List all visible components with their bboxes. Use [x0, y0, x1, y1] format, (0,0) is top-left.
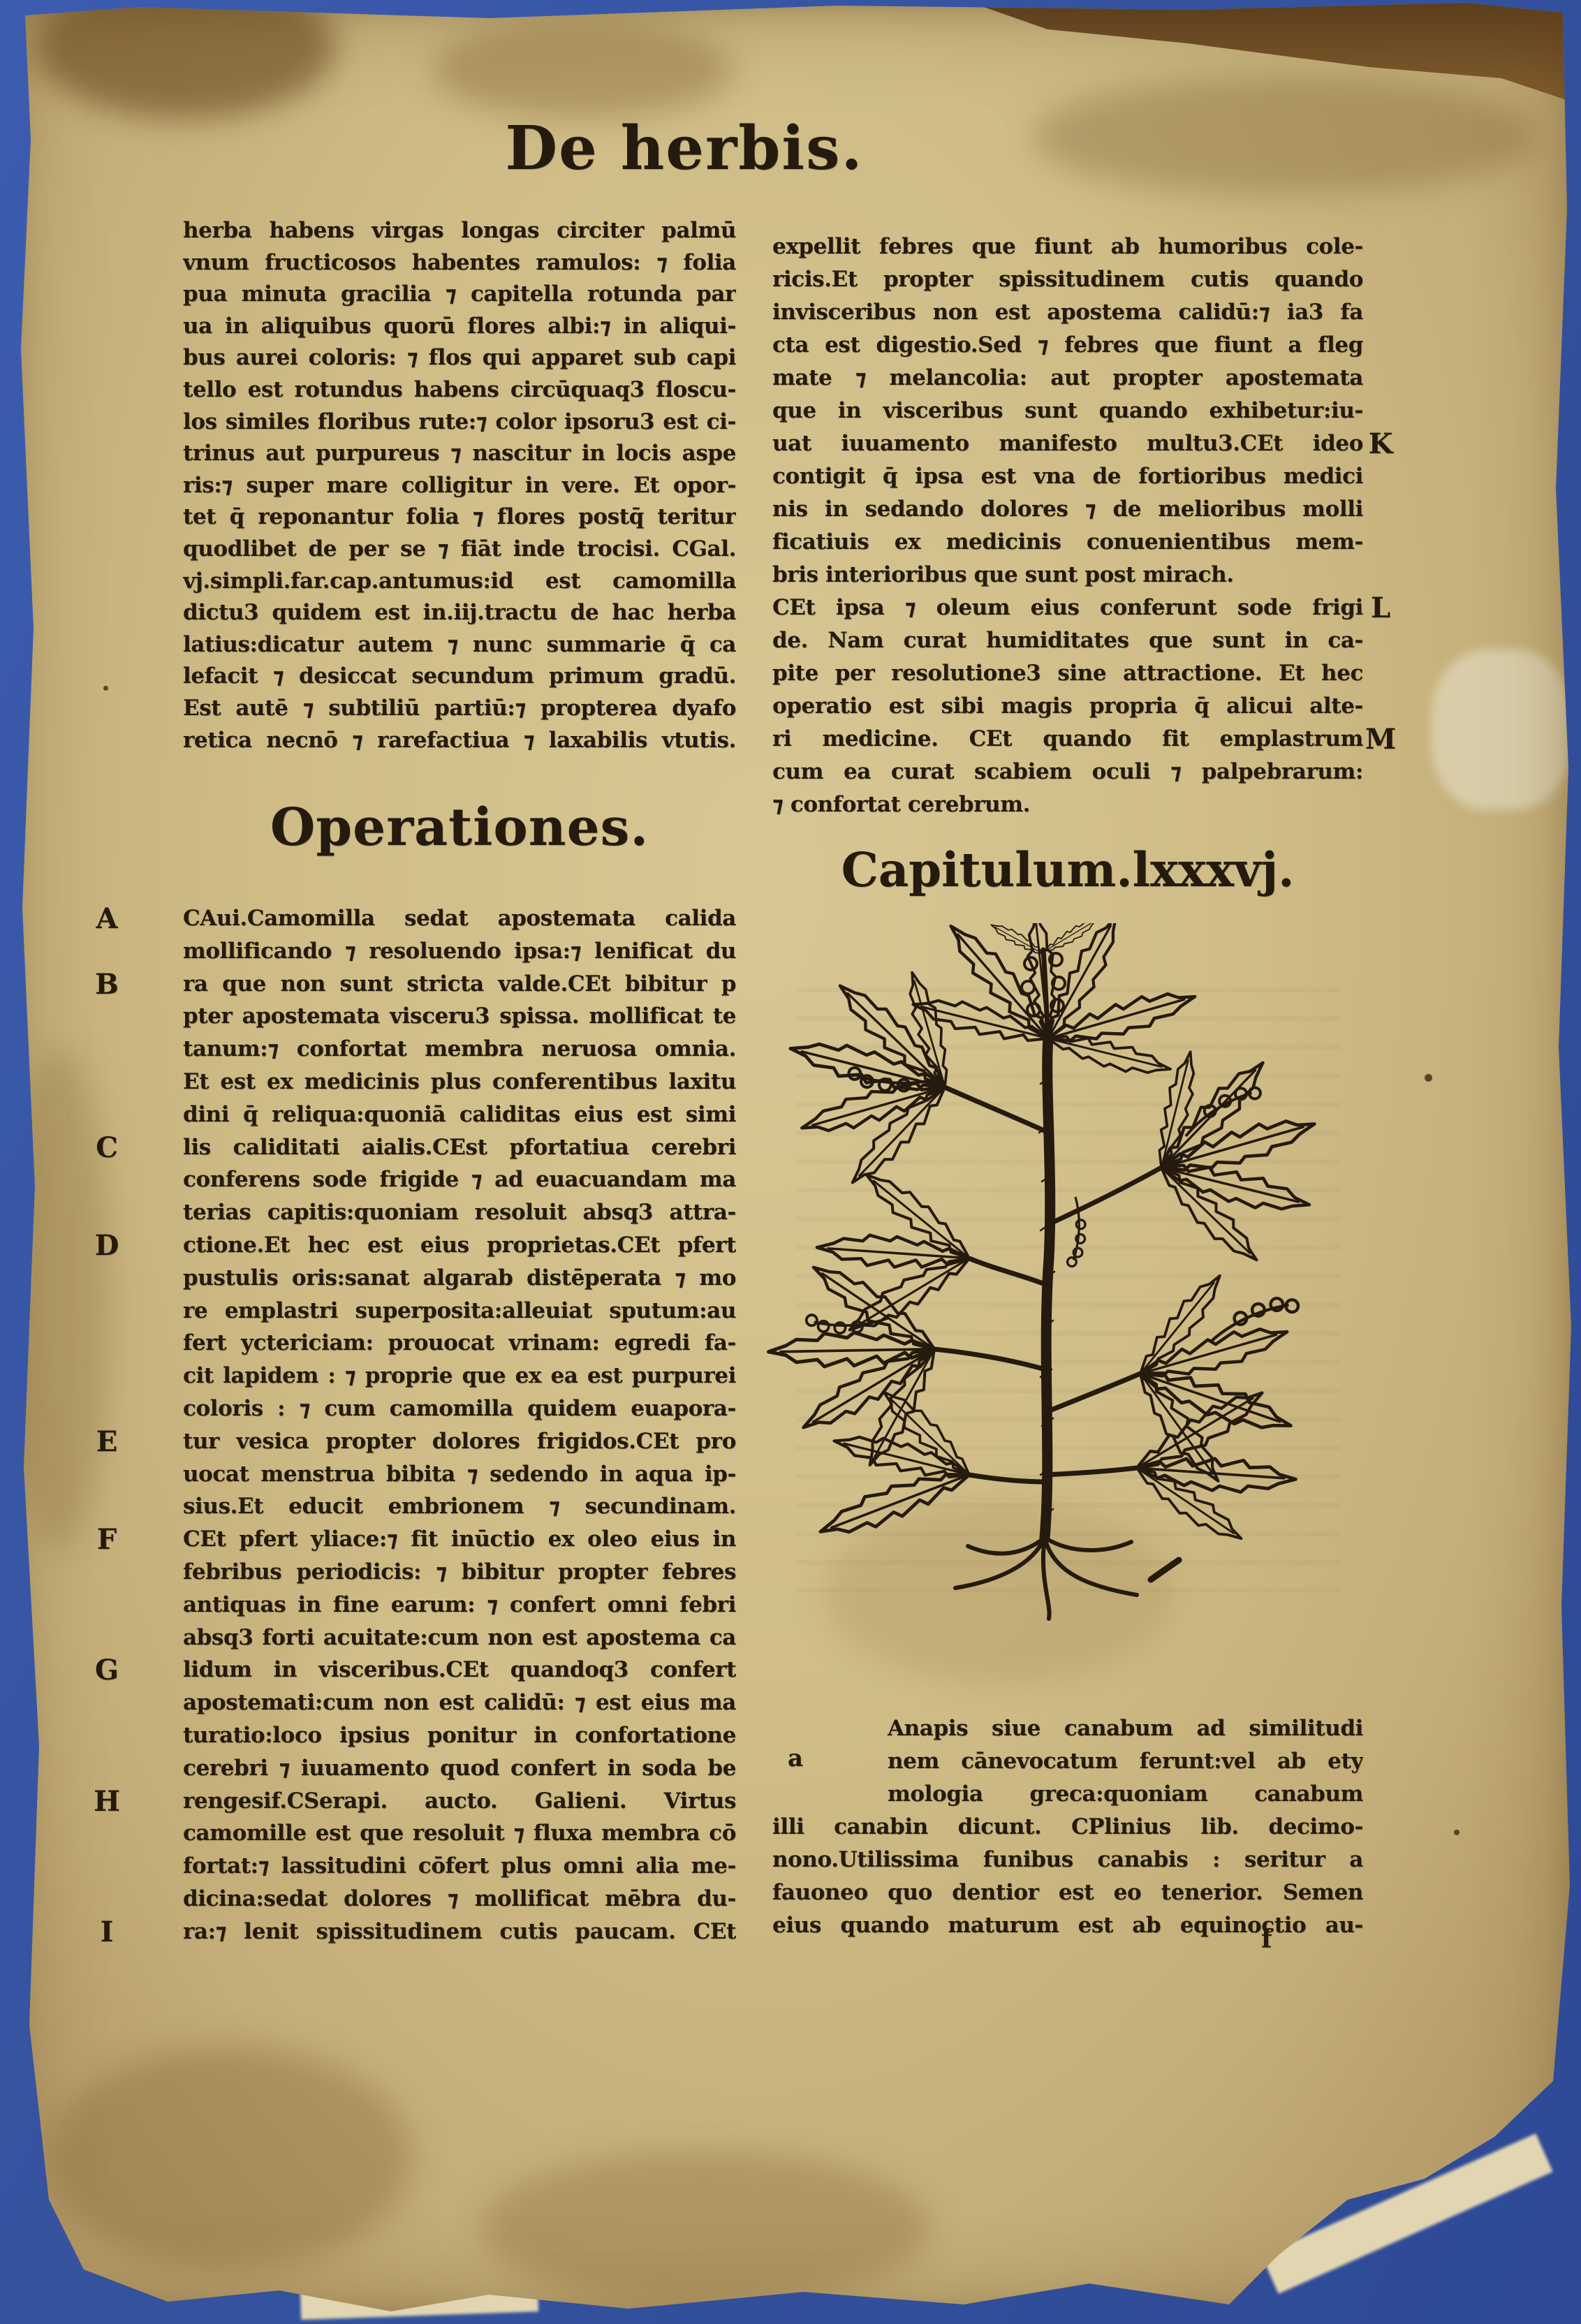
text-line: tanum:⁊ confortat membra neruosa omnia.	[183, 1033, 736, 1066]
text-line: ra que non sunt stricta valde.CEt bibitu…	[183, 968, 736, 1001]
text-line: ua in aliquibus quorū flores albi:⁊ in a…	[183, 311, 736, 343]
text-line: terias capitis:quoniam resoluit absq3 at…	[183, 1196, 736, 1229]
text-line: fauoneo quo dentior est eo tenerior. Sem…	[772, 1876, 1363, 1909]
text-line: rengesif.CSerapi. aucto. Galieni. Virtus	[183, 1785, 736, 1818]
text-line: CEt pfert yliace:⁊ fit inūctio ex oleo e…	[183, 1523, 736, 1556]
text-line: ctione.Et hec est eius proprietas.CEt pf…	[183, 1229, 736, 1262]
text-line: tur vesica propter dolores frigidos.CEt …	[183, 1425, 736, 1458]
text-line: lefacit ⁊ desiccat secundum primum gradū…	[183, 661, 736, 693]
text-line: cit lapidem : ⁊ proprie que ex ea est pu…	[183, 1360, 736, 1392]
paper-stain	[1034, 77, 1536, 196]
text-line: dini q̄ reliqua:quoniā caliditas eius es…	[183, 1098, 736, 1131]
text-line: de. Nam curat humiditates que sunt in ca…	[772, 624, 1363, 657]
text-line: apostemati:cum non est calidū: ⁊ est eiu…	[183, 1686, 736, 1719]
margin-letter: K	[1356, 427, 1405, 460]
text-line: ficatiuis ex medicinis conuenientibus me…	[772, 526, 1363, 559]
text-line: Et est ex medicinis plus conferentibus l…	[183, 1066, 736, 1098]
text-line: invisceribus non est apostema calidū:⁊ i…	[772, 296, 1363, 329]
text-line: mate ⁊ melancolia: aut propter apostemat…	[772, 362, 1363, 395]
text-line: contigit q̄ ipsa est vna de fortioribus …	[772, 460, 1363, 493]
right-column-bottom: Anapis siue canabum ad similitudinem cān…	[772, 1712, 1363, 1942]
paper-stain	[7, 1047, 112, 1550]
ink-spot	[1454, 1830, 1459, 1835]
text-line: uocat menstrua bibita ⁊ sedendo in aqua …	[183, 1458, 736, 1491]
ink-spot	[1425, 1074, 1432, 1082]
text-line: CAui.Camomilla sedat apostemata calida	[183, 902, 736, 935]
text-line: lis caliditati aialis.CEst pfortatiua ce…	[183, 1131, 736, 1164]
text-line: uat iuuamento manifesto multu3.CEt ideo	[772, 427, 1363, 460]
text-line: dictu3 quidem est in.iij.tractu de hac h…	[183, 597, 736, 629]
margin-letter: H	[82, 1785, 131, 1818]
text-line: nis in sedando dolores ⁊ de melioribus m…	[772, 493, 1363, 526]
text-line: pite per resolutione3 sine attractione. …	[772, 657, 1363, 690]
text-line: ris:⁊ super mare colligitur in vere. Et …	[183, 470, 736, 502]
margin-letter: D	[82, 1229, 131, 1262]
left-column-intro: herba habens virgas longas circiter palm…	[183, 215, 736, 756]
margin-letter: A	[82, 902, 131, 935]
text-line: nem cānevocatum ferunt:vel ab ety	[772, 1745, 1363, 1778]
text-line: herba habens virgas longas circiter palm…	[183, 215, 736, 247]
text-line: los similes floribus rute:⁊ color ipsoru…	[183, 406, 736, 439]
text-line: vnum fructicosos habentes ramulos: ⁊ fol…	[183, 247, 736, 279]
text-line: turatio:loco ipsius ponitur in confortat…	[183, 1719, 736, 1752]
margin-letter: B	[82, 968, 131, 1001]
text-line: expellit febres que fiunt ab humoribus c…	[772, 230, 1363, 263]
text-line: Anapis siue canabum ad similitudi	[772, 1712, 1363, 1745]
text-line: tet q̄ reponantur folia ⁊ flores postq̄ …	[183, 501, 736, 534]
margin-letter: I	[82, 1915, 131, 1948]
text-line: latius:dicatur autem ⁊ nunc summarie q̄ …	[183, 629, 736, 661]
text-line: re emplastri superposita:alleuiat sputum…	[183, 1295, 736, 1328]
plant-roots	[955, 1538, 1179, 1619]
text-line: sius.Et educit embrionem ⁊ secundinam.	[183, 1490, 736, 1523]
signature-mark: f	[1261, 1925, 1272, 1954]
text-line: mologia greca:quoniam canabum	[772, 1778, 1363, 1811]
margin-letter: a	[788, 1744, 803, 1772]
text-line: coloris : ⁊ cum camomilla quidem euapora…	[183, 1392, 736, 1425]
paper-stain	[482, 2151, 929, 2304]
text-line: ⁊ confortat cerebrum.	[772, 788, 1363, 821]
text-line: CEt ipsa ⁊ oleum eius conferunt sode fri…	[772, 591, 1363, 624]
text-line: camomille est que resoluit ⁊ fluxa membr…	[183, 1817, 736, 1850]
margin-letter: C	[82, 1131, 131, 1164]
photo-backdrop: De herbis. herba habens virgas longas ci…	[0, 0, 1581, 2324]
margin-letter: E	[82, 1425, 131, 1458]
text-line: febribus periodicis: ⁊ bibitur propter f…	[183, 1556, 736, 1589]
worn-patch-right-edge	[1432, 649, 1571, 810]
text-line: quodlibet de per se ⁊ fiāt inde trocisi.…	[183, 534, 736, 566]
margin-letter: G	[82, 1654, 131, 1686]
text-line: cum ea curat scabiem oculi ⁊ palpebrarum…	[772, 756, 1363, 788]
text-line: Est autē ⁊ subtiliū partiū:⁊ propterea d…	[183, 693, 736, 725]
margin-letter: F	[82, 1523, 131, 1556]
text-line: lidum in visceribus.CEt quandoq3 confert	[183, 1654, 736, 1686]
book-page: De herbis. herba habens virgas longas ci…	[0, 0, 1581, 2324]
text-line: cerebri ⁊ iuuamento quod confert in soda…	[183, 1752, 736, 1785]
paper-stain	[433, 21, 733, 119]
margin-letter: L	[1356, 591, 1405, 624]
text-line: vj.simpli.far.cap.antumus:id est camomil…	[183, 566, 736, 598]
text-line: ri medicine. CEt quando fit emplastrum	[772, 723, 1363, 756]
text-line: fert yctericiam: prouocat vrinam: egredi…	[183, 1327, 736, 1360]
text-line: pter apostemata visceru3 spissa. mollifi…	[183, 1000, 736, 1033]
text-line: que in visceribus sunt quando exhibetur:…	[772, 395, 1363, 427]
text-line: operatio est sibi magis propria q̄ alicu…	[772, 690, 1363, 723]
paper-stain	[35, 0, 335, 119]
text-line: dicina:sedat dolores ⁊ mollificat mēbra …	[183, 1883, 736, 1915]
text-line: pustulis oris:sanat algarab distēperata …	[183, 1262, 736, 1295]
margin-letter: M	[1356, 723, 1405, 756]
text-line: illi canabin dicunt. CPlinius lib. decim…	[772, 1811, 1363, 1844]
left-column-operations: CAui.Camomilla sedat apostemata calidamo…	[183, 902, 736, 1948]
text-line: absq3 forti acuitate:cum non est apostem…	[183, 1621, 736, 1654]
operationes-heading: Operationes.	[183, 797, 736, 858]
text-line: bris interioribus que sunt post mirach.	[772, 559, 1363, 591]
text-line: eius quando maturum est ab equinoctio au…	[772, 1909, 1363, 1942]
text-line: bus aurei coloris: ⁊ flos qui apparet su…	[183, 342, 736, 374]
text-line: fortat:⁊ lassitudini cōfert plus omni al…	[183, 1850, 736, 1883]
text-line: mollificando ⁊ resoluendo ipsa:⁊ lenific…	[183, 935, 736, 968]
paper-stain	[49, 2046, 412, 2270]
text-line: ra:⁊ lenit spissitudinem cutis paucam. C…	[183, 1915, 736, 1948]
text-line: nono.Utilissima funibus canabis : seritu…	[772, 1844, 1363, 1876]
text-line: antiquas in fine earum: ⁊ confert omni f…	[183, 1589, 736, 1621]
text-line: cta est digestio.Sed ⁊ febres que fiunt …	[772, 329, 1363, 362]
text-line: retica necnō ⁊ rarefactiua ⁊ laxabilis v…	[183, 725, 736, 757]
hemp-plant-woodcut	[760, 923, 1374, 1628]
text-line: pua minuta gracilia ⁊ capitella rotunda …	[183, 279, 736, 311]
text-line: conferens sode frigide ⁊ ad euacuandam m…	[183, 1163, 736, 1196]
page-title: De herbis.	[419, 113, 950, 184]
ink-spot	[103, 686, 108, 691]
chapter-heading: Capitulum.lxxxvj.	[772, 842, 1363, 897]
text-line: ricis.Et propter spissitudinem cutis qua…	[772, 263, 1363, 296]
right-column-top: expellit febres que fiunt ab humoribus c…	[772, 230, 1363, 821]
text-line: trinus aut purpureus ⁊ nascitur in locis…	[183, 438, 736, 470]
text-line: tello est rotundus habens circūquaq3 flo…	[183, 374, 736, 406]
